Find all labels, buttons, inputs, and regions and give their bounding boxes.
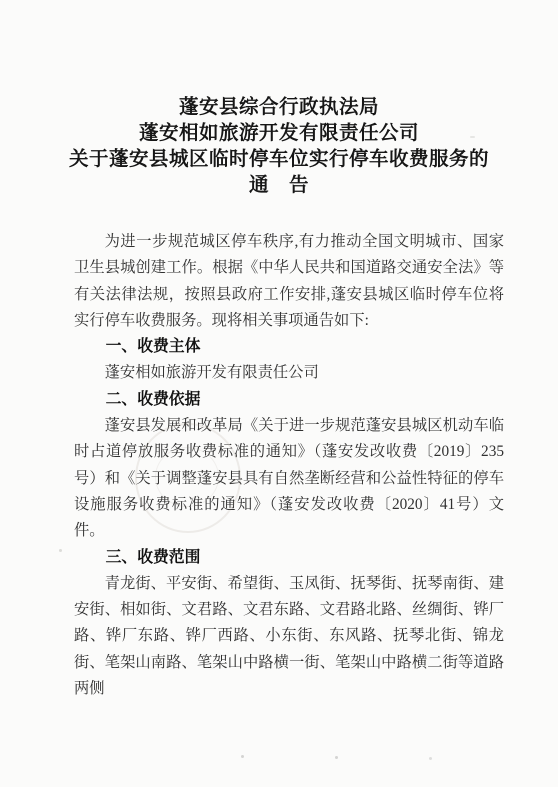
scan-speck	[429, 757, 432, 760]
intro-paragraph: 为进一步规范城区停车秩序,有力推动全国文明城市、国家卫生县城创建工作。根据《中华…	[74, 229, 504, 334]
document-title: 蓬安县综合行政执法局 蓬安相如旅游开发有限责任公司 关于蓬安县城区临时停车位实行…	[0, 95, 558, 199]
title-line-subject: 关于蓬安县城区临时停车位实行停车收费服务的	[0, 147, 558, 173]
scan-speck	[335, 756, 338, 759]
section-3-heading: 三、收费范围	[74, 545, 504, 571]
scan-speck	[470, 136, 475, 138]
document-body: 为进一步规范城区停车秩序,有力推动全国文明城市、国家卫生县城创建工作。根据《中华…	[74, 229, 504, 702]
title-notice-word: 通 告	[0, 173, 558, 199]
title-line-agency: 蓬安县综合行政执法局	[0, 95, 558, 121]
section-2-body: 蓬安县发展和改革局《关于进一步规范蓬安县城区机动车临时占道停放服务收费标准的通知…	[74, 413, 504, 544]
title-line-company: 蓬安相如旅游开发有限责任公司	[0, 121, 558, 147]
scanned-notice-page: 蓬安县综合行政执法局 蓬安相如旅游开发有限责任公司 关于蓬安县城区临时停车位实行…	[0, 0, 558, 787]
section-3-body: 青龙街、平安街、希望街、玉凤街、抚琴街、抚琴南街、建安街、相如街、文君路、文君东…	[74, 571, 504, 702]
section-2-heading: 二、收费依据	[74, 387, 504, 413]
scan-speck	[241, 755, 244, 758]
scan-speck	[59, 549, 62, 552]
section-1-body: 蓬安相如旅游开发有限责任公司	[74, 360, 504, 386]
section-1-heading: 一、收费主体	[74, 334, 504, 360]
